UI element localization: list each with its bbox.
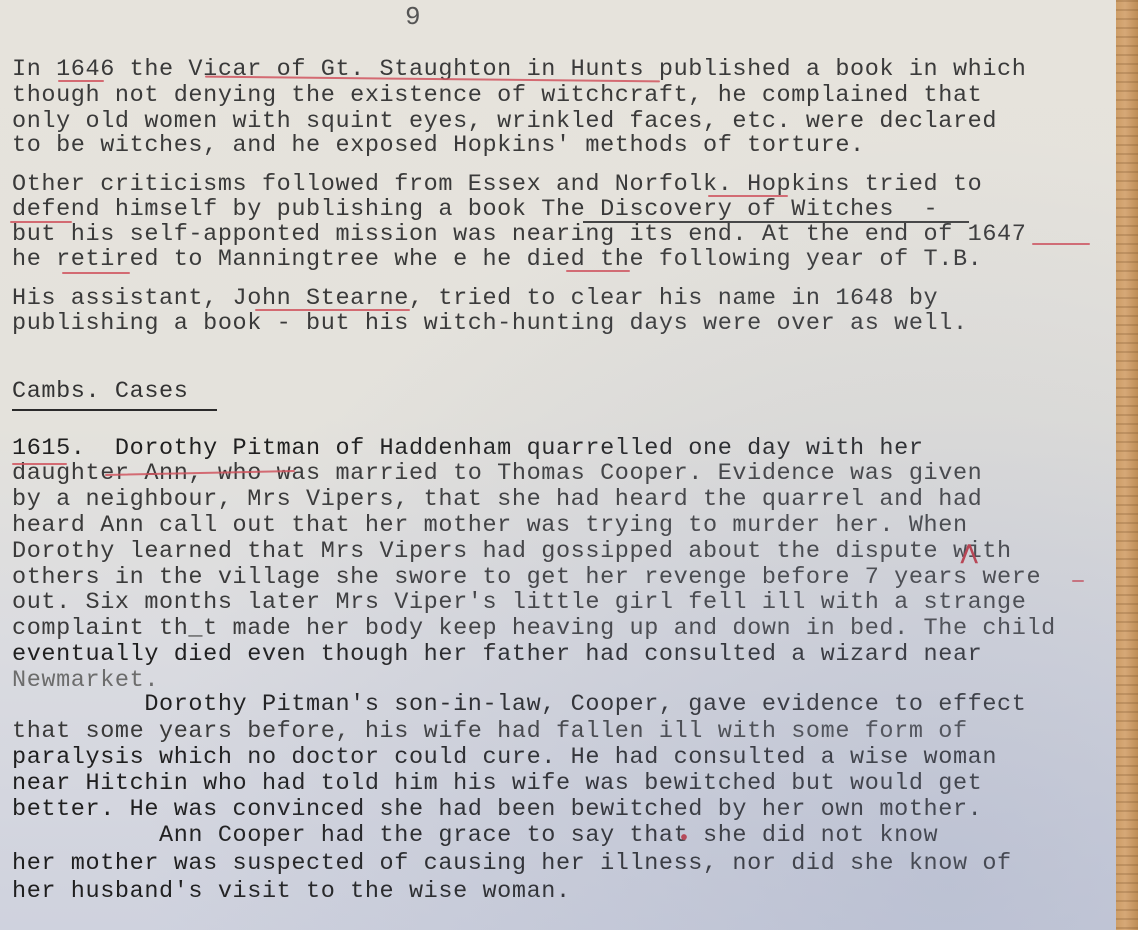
pen-correction-mark: ⋀ [961, 540, 977, 566]
text-line: heard Ann call out that her mother was t… [12, 514, 968, 538]
pen-underline [62, 272, 130, 274]
pen-underline [1032, 243, 1090, 245]
text-line: Other criticisms followed from Essex and… [12, 173, 982, 197]
text-line: paralysis which no doctor could cure. He… [12, 746, 997, 770]
text-line: near Hitchin who had told him his wife w… [12, 772, 982, 796]
pen-underline [58, 80, 104, 82]
text-line: Dorothy learned that Mrs Vipers had goss… [12, 540, 1012, 564]
text-line: that some years before, his wife had fal… [12, 720, 968, 744]
text-line: defend himself by publishing a book The … [12, 198, 938, 222]
text-line: though not denying the existence of witc… [12, 84, 982, 108]
page-number: 9 [405, 2, 421, 32]
text-line: His assistant, John Stearne, tried to cl… [12, 287, 938, 311]
typewritten-page: 9 In 1646 the Vicar of Gt. Staughton in … [0, 0, 1116, 930]
pen-correction-mark: • [678, 828, 690, 851]
text-line: by a neighbour, Mrs Vipers, that she had… [12, 488, 982, 512]
text-line: eventually died even though her father h… [12, 643, 982, 667]
section-heading: Cambs. Cases [12, 378, 217, 411]
text-line: he retired to Manningtree whe e he died … [12, 248, 982, 272]
pen-underline [708, 195, 788, 197]
text-line: Ann Cooper had the grace to say that she… [12, 824, 938, 848]
title-underline [583, 221, 969, 223]
text-line: Dorothy Pitman's son-in-law, Cooper, gav… [12, 693, 1026, 717]
pen-underline [12, 463, 67, 465]
pen-underline [566, 270, 630, 272]
text-line: her husband's visit to the wise woman. [12, 880, 571, 904]
text-line: 1615. Dorothy Pitman of Haddenham quarre… [12, 437, 924, 461]
text-line: but his self-apponted mission was nearin… [12, 223, 1026, 247]
pen-underline [10, 221, 72, 223]
text-line: her mother was suspected of causing her … [12, 852, 1012, 876]
pen-underline [255, 309, 410, 311]
pen-strikethrough [1072, 580, 1084, 582]
text-line: only old women with squint eyes, wrinkle… [12, 110, 997, 134]
text-line: publishing a book - but his witch-huntin… [12, 312, 968, 336]
text-line: out. Six months later Mrs Viper's little… [12, 591, 1026, 615]
text-line: complaint th_t made her body keep heavin… [12, 617, 1056, 641]
text-line: to be witches, and he exposed Hopkins' m… [12, 134, 865, 158]
text-line: Newmarket. [12, 669, 159, 693]
text-line: others in the village she swore to get h… [12, 566, 1041, 590]
text-line: better. He was convinced she had been be… [12, 798, 982, 822]
